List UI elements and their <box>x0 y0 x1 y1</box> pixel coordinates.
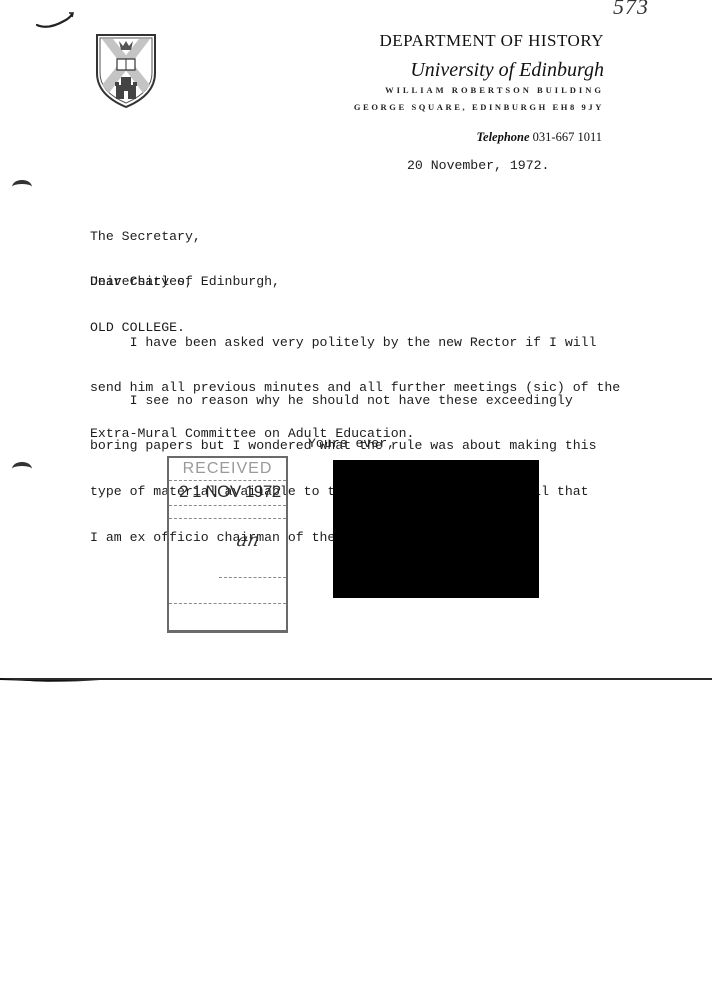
page-number-annotation: 573 <box>613 0 649 20</box>
page-bottom-edge <box>0 675 712 685</box>
stamp-divider <box>169 603 286 604</box>
postal-address: GEORGE SQUARE, EDINBURGH EH8 9JY <box>354 102 604 112</box>
redacted-signature-block <box>333 460 539 598</box>
stamp-divider <box>169 518 286 519</box>
stamp-divider <box>169 505 286 506</box>
telephone-label: Telephone <box>477 130 530 144</box>
stamp-divider <box>169 480 286 481</box>
stamp-divider <box>219 577 286 578</box>
paragraph-line: I see no reason why he should not have t… <box>90 393 596 408</box>
department-title: DEPARTMENT OF HISTORY <box>379 31 604 51</box>
recipient-line: The Secretary, <box>90 229 280 244</box>
closing: Yours ever, <box>308 436 395 451</box>
punch-hole-mark <box>12 462 32 476</box>
salutation: Dear Charles, <box>90 274 193 289</box>
stamp-date: 2 1 NOV 1972 <box>179 482 281 502</box>
telephone-number: 031-667 1011 <box>533 130 602 144</box>
stamp-title: RECEIVED <box>169 460 286 478</box>
received-stamp: RECEIVED 2 1 NOV 1972 an <box>167 456 288 633</box>
handwritten-tick-icon <box>34 10 78 32</box>
stamp-initials: an <box>235 530 262 551</box>
building-name: WILLIAM ROBERTSON BUILDING <box>385 85 604 95</box>
telephone-line: Telephone 031-667 1011 <box>477 130 602 145</box>
university-name: University of Edinburgh <box>410 59 604 82</box>
letter-date: 20 November, 1972. <box>407 158 549 173</box>
university-crest-icon <box>95 33 157 109</box>
punch-hole-mark <box>12 180 32 194</box>
paragraph-line: I have been asked very politely by the n… <box>90 335 620 350</box>
